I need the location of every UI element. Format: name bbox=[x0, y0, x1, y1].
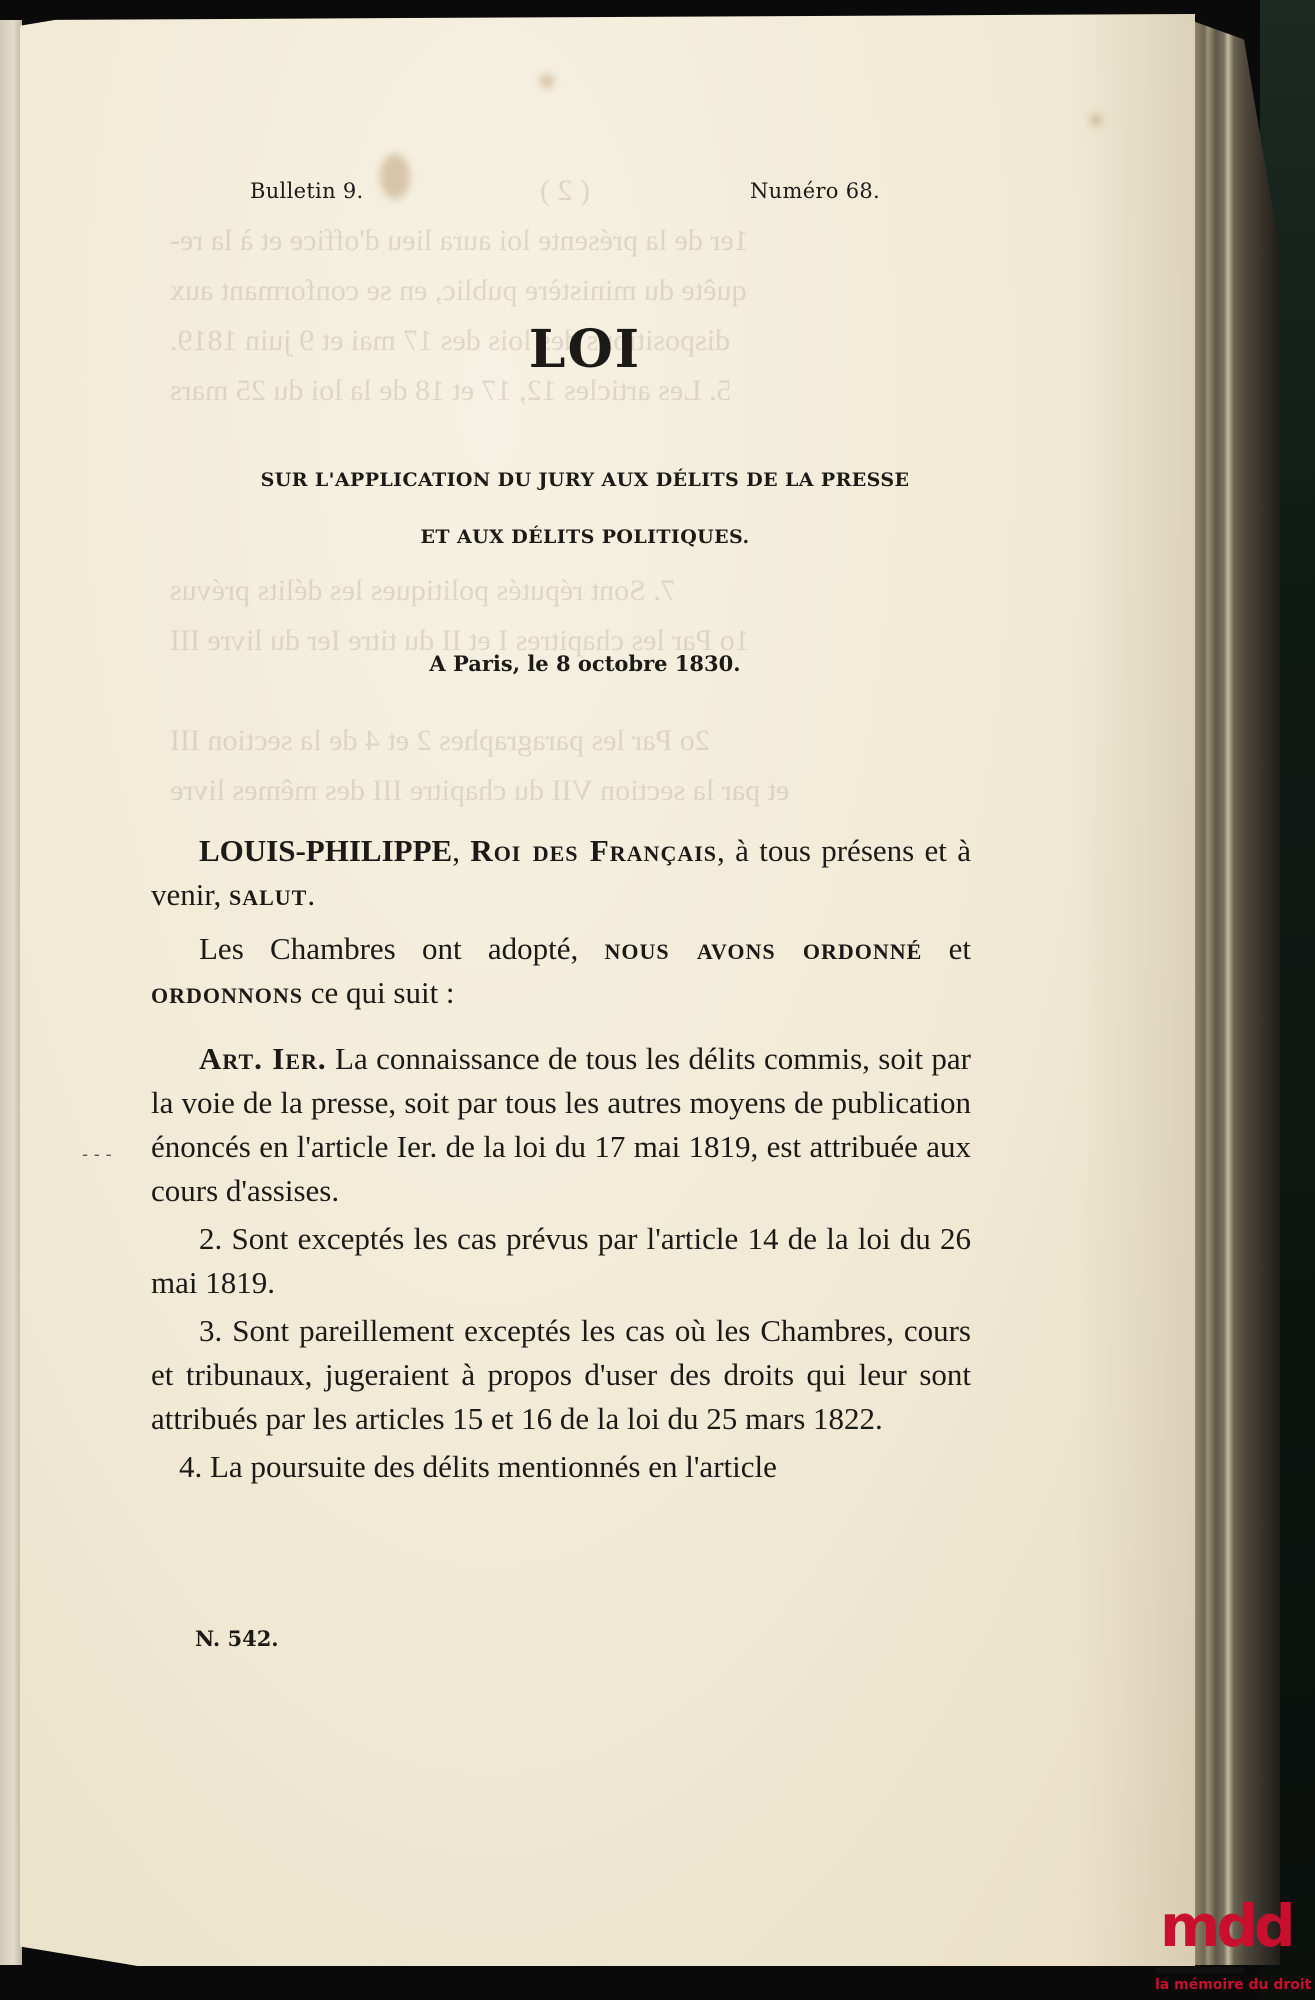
mdd-watermark-logo: mdd la mémoire du droit bbox=[1155, 1895, 1315, 2000]
article-label: 3. bbox=[199, 1313, 222, 1348]
law-body: LOUIS-PHILIPPE, Roi des Français, à tous… bbox=[151, 829, 971, 1493]
bulletin-number: Bulletin 9. bbox=[250, 179, 364, 203]
article-1: Art. Ier. La connaissance de tous les dé… bbox=[151, 1037, 971, 1213]
page-title: LOI bbox=[20, 319, 1150, 380]
enactment-paragraph: Les Chambres ont adopté, nous avons ordo… bbox=[151, 927, 971, 1015]
king-title: Roi des Français bbox=[470, 833, 717, 868]
mdd-logo-icon: mdd bbox=[1160, 1895, 1291, 1957]
bleed-through-text: 1er de la présente loi aura lieu d'offic… bbox=[170, 224, 749, 258]
article-2: 2. Sont exceptés les cas prévus par l'ar… bbox=[151, 1217, 971, 1305]
article-label: Art. Ier. bbox=[199, 1041, 327, 1076]
folio-signature: N. 542. bbox=[195, 1626, 279, 1651]
scanned-book-spread: ( 2 ) 1er de la présente loi aura lieu d… bbox=[0, 0, 1315, 2000]
bleed-through-text: 7. Sont réputés politiques les délits pr… bbox=[170, 574, 676, 608]
foxing-stain bbox=[380, 154, 410, 199]
article-text: Sont exceptés les cas prévus par l'artic… bbox=[151, 1221, 971, 1300]
article-text: La poursuite des délits mentionnés en l'… bbox=[210, 1449, 777, 1484]
king-name: LOUIS-PHILIPPE bbox=[199, 833, 452, 868]
logo-tagline: la mémoire du droit bbox=[1155, 1977, 1311, 1993]
previous-page-edge bbox=[0, 20, 22, 1965]
bleed-through-text: 2o Par les paragraphes 2 et 4 de la sect… bbox=[170, 724, 710, 758]
subtitle-line-1: SUR L'APPLICATION DU JURY AUX DÉLITS DE … bbox=[20, 469, 1150, 491]
logo-underline bbox=[1155, 1967, 1245, 1973]
subtitle-line-2: ET AUX DÉLITS POLITIQUES. bbox=[20, 526, 1150, 548]
date-line: A Paris, le 8 octobre 1830. bbox=[20, 651, 1150, 676]
salut: salut bbox=[229, 877, 307, 912]
foxing-stain bbox=[1090, 114, 1102, 126]
page-stack-edge bbox=[1190, 20, 1280, 1965]
preamble-paragraph: LOUIS-PHILIPPE, Roi des Français, à tous… bbox=[151, 829, 971, 917]
article-label: 4. bbox=[179, 1449, 202, 1484]
article-3: 3. Sont pareillement exceptés les cas où… bbox=[151, 1309, 971, 1441]
numero-number: Numéro 68. bbox=[750, 179, 880, 203]
bleed-through-text: quête du ministère public, en se conform… bbox=[170, 274, 747, 308]
article-text: Sont pareillement exceptés les cas où le… bbox=[151, 1313, 971, 1436]
foxing-stain bbox=[540, 74, 554, 88]
book-page: ( 2 ) 1er de la présente loi aura lieu d… bbox=[20, 14, 1195, 1966]
bleed-through-text: et par la section VII du chapitre III de… bbox=[170, 774, 789, 808]
article-4: 4. La poursuite des délits mentionnés en… bbox=[151, 1445, 971, 1489]
margin-mark: - - - bbox=[82, 1144, 112, 1165]
article-label: 2. bbox=[199, 1221, 222, 1256]
bleed-through-text: ( 2 ) bbox=[540, 174, 590, 208]
spine-shadow bbox=[1075, 14, 1195, 1966]
